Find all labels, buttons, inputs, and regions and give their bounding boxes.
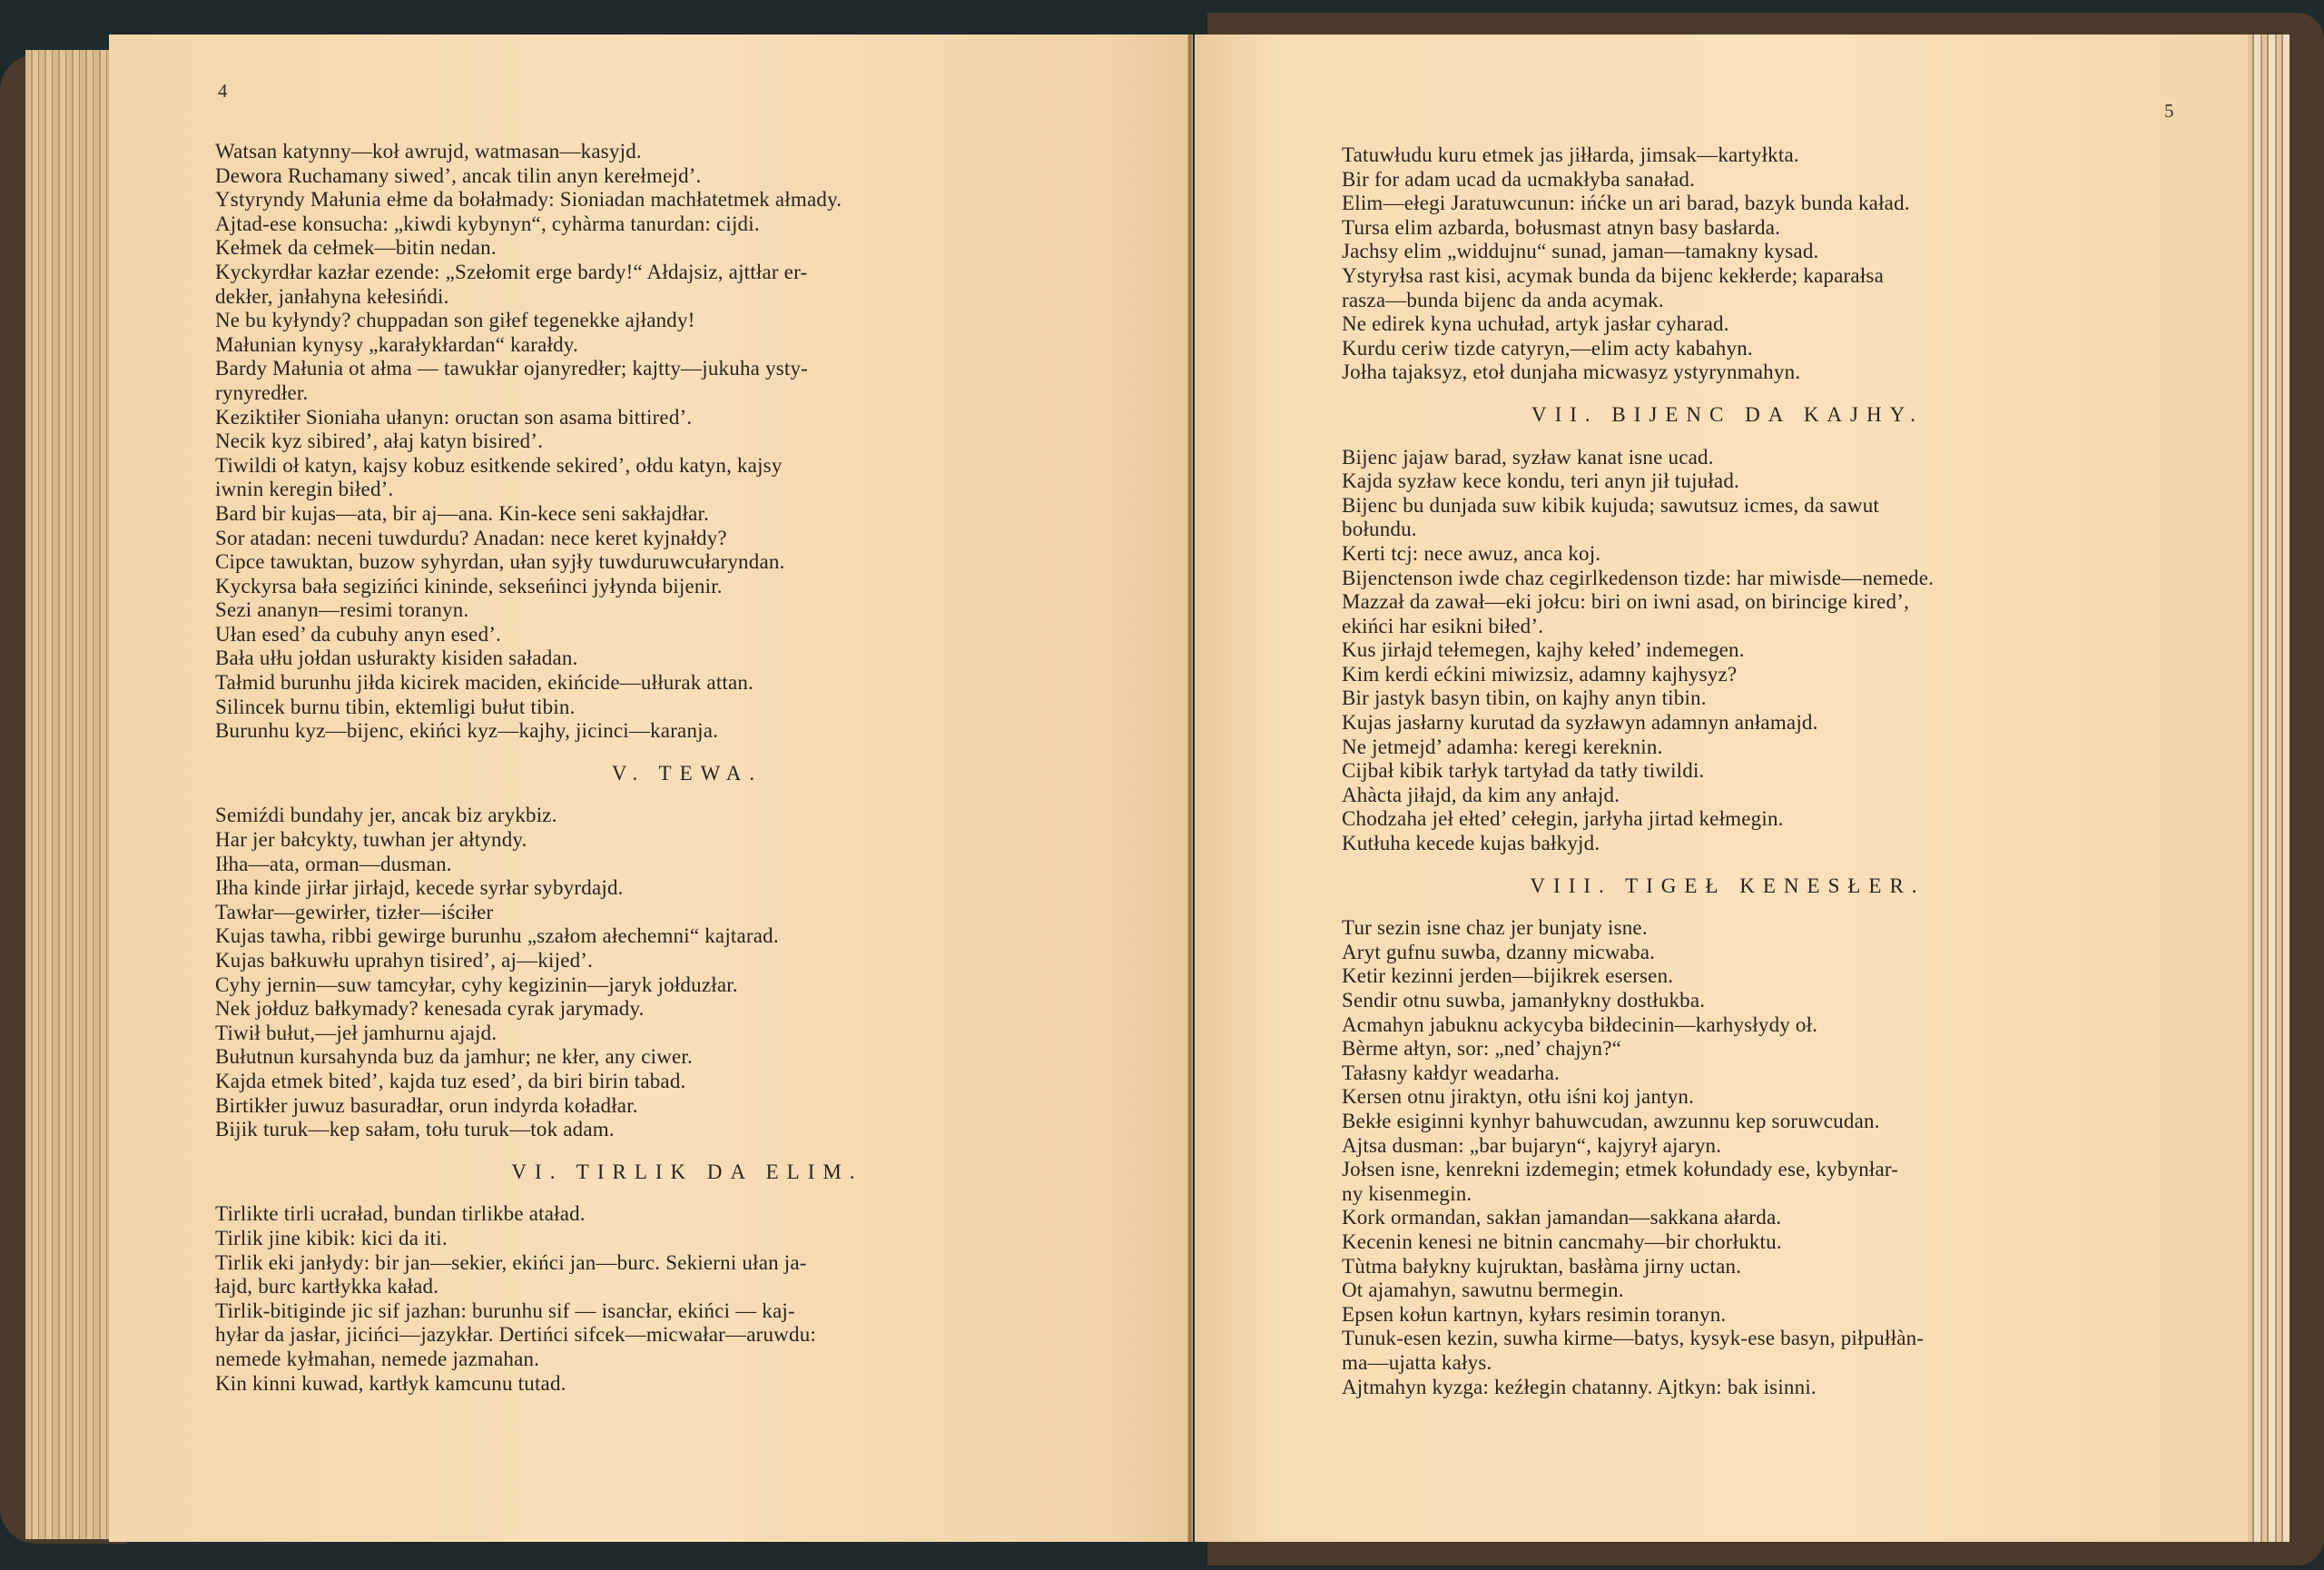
page-stack-left-edge (25, 50, 116, 1539)
text-line: Kajda etmek bited’, kajda tuz esed’, da … (215, 1070, 1159, 1094)
text-line: Ułan esed’ da cubuhy anyn esed’. (215, 623, 1159, 647)
text-line: Ystyryndy Małunia ełme da bołałmady: Sio… (215, 188, 1159, 212)
text-line: Semiźdi bundahy jer, ancak biz arykbiz. (215, 804, 1159, 828)
text-line: ekińci har esikni biłed’. (1342, 615, 2113, 639)
text-line: Kajda syzław kece kondu, teri anyn jił t… (1342, 469, 2113, 494)
text-line: Chodzaha jeł ełted’ cełegin, jarłyha jir… (1342, 807, 2113, 832)
text-line: Tirlikte tirli ucraład, bundan tirlikbe … (215, 1202, 1159, 1227)
text-line: Iłha—ata, orman—dusman. (215, 853, 1159, 877)
text-line: Burunhu kyz—bijenc, ekińci kyz—kajhy, ji… (215, 719, 1159, 744)
text-line: Bijenctenson iwde chaz cegirlkedenson ti… (1342, 567, 2113, 591)
text-line: iwnin keregin biłed’. (215, 478, 1159, 502)
text-line: bołundu. (1342, 518, 2113, 542)
text-line: Bijenc bu dunjada suw kibik kujuda; sawu… (1342, 494, 2113, 518)
text-line: Ajtmahyn kyzga: keźłegin chatanny. Ajtky… (1342, 1376, 2113, 1400)
text-line: Kersen otnu jiraktyn, otłu iśni koj jant… (1342, 1085, 2113, 1110)
text-line: Ahàcta jiłajd, da kim any anłajd. (1342, 784, 2113, 808)
text-line: Bekłe esiginni kynhyr bahuwcudan, awzunn… (1342, 1110, 2113, 1134)
text-line: Aryt gufnu suwba, dzanny micwaba. (1342, 941, 2113, 965)
text-line: nemede kyłmahan, nemede jazmahan. (215, 1348, 1159, 1372)
text-line: Tursa elim azbarda, bołusmast atnyn basy… (1342, 216, 2113, 241)
text-line: Bir jastyk basyn tibin, on kajhy anyn ti… (1342, 686, 2113, 711)
page-number-right: 5 (2164, 100, 2174, 123)
text-line: Jachsy elim „widdujnu“ sunad, jaman—tama… (1342, 240, 2113, 264)
text-line: Ne bu kyłyndy? chuppadan son giłef tegen… (215, 309, 1159, 333)
text-line: rynyredłer. (215, 381, 1159, 406)
section-heading: VII. BIJENC DA KAJHY. (1342, 403, 2113, 428)
text-line: Tur sezin isne chaz jer bunjaty isne. (1342, 916, 2113, 941)
text-line: Kełmek da cełmek—bitin nedan. (215, 236, 1159, 261)
text-line: Tùtma bałykny kujruktan, basłàma jirny u… (1342, 1255, 2113, 1279)
text-line: Tałasny kałdyr weadarha. (1342, 1061, 2113, 1086)
book-gutter (1187, 35, 1193, 1542)
text-line: ma—ujatta kałys. (1342, 1351, 2113, 1376)
text-line: Silincek burnu tibin, ektemligi bułut ti… (215, 696, 1159, 720)
text-line: Tatuwłudu kuru etmek jas jiłłarda, jimsa… (1342, 143, 2113, 168)
text-line: Ot ajamahyn, sawutnu bermegin. (1342, 1279, 2113, 1303)
text-line: Tirlik eki janłydy: bir jan—sekier, ekiń… (215, 1251, 1159, 1276)
text-line: dekłer, janłahyna kełesińdi. (215, 285, 1159, 310)
text-line: Watsan katynny—koł awrujd, watmasan—kasy… (215, 140, 1159, 164)
text-line: rasza—bunda bijenc da anda acymak. (1342, 289, 2113, 313)
text-line: Tiwildi oł katyn, kajsy kobuz esitkende … (215, 454, 1159, 479)
text-line: Elim—ełegi Jaratuwcunun: ińćke un ari ba… (1342, 192, 2113, 216)
text-line: Kus jirłajd tełemegen, kajhy kełed’ inde… (1342, 638, 2113, 663)
text-line: Iłha kinde jirłar jirłajd, kecede syrłar… (215, 876, 1159, 901)
text-line: Keziktiłer Sioniaha ułanyn: oructan son … (215, 406, 1159, 430)
text-line: Epsen kołun kartnyn, kyłars resimin tora… (1342, 1303, 2113, 1328)
text-line: Kerti tcj: nece awuz, anca koj. (1342, 542, 2113, 567)
text-line: Dewora Ruchamany siwed’, ancak tilin any… (215, 164, 1159, 189)
page-number-left: 4 (218, 80, 228, 103)
text-line: Kecenin kenesi ne bitnin cancmahy—bir ch… (1342, 1230, 2113, 1255)
right-page: 5 Tatuwłudu kuru etmek jas jiłłarda, jim… (1195, 35, 2248, 1542)
text-line: Sor atadan: neceni tuwdurdu? Anadan: nec… (215, 527, 1159, 551)
text-line: ny kisenmegin. (1342, 1182, 2113, 1207)
text-line: Ystyryłsa rast kisi, acymak bunda da bij… (1342, 264, 2113, 289)
text-line: Tawłar—gewirłer, tizłer—iściłer (215, 901, 1159, 925)
text-line: Ne jetmejd’ adamha: keregi kereknin. (1342, 736, 2113, 760)
text-line: łajd, burc kartłykka kaład. (215, 1275, 1159, 1299)
text-line: Kutłuha kecede kujas bałkyjd. (1342, 832, 2113, 856)
text-line: Sendir otnu suwba, jamanłykny dostłukba. (1342, 989, 2113, 1013)
text-line: Bała ułłu jołdan usłurakty kisiden sаład… (215, 647, 1159, 671)
text-line: Bijik turuk—kep sałam, tołu turuk—tok ad… (215, 1118, 1159, 1142)
text-line: Cijbał kibik tarłyk tartyład da tatły ti… (1342, 759, 2113, 784)
text-line: Małunian kynysy „karałykłardan“ karałdy. (215, 333, 1159, 358)
text-line: Kyckyrdłar kazłar ezende: „Szełomit erge… (215, 261, 1159, 285)
text-line: Bardy Małunia ot ałma — tawukłar ojanyre… (215, 357, 1159, 381)
text-line: Tunuk-esen kezin, suwha kirme—batys, kys… (1342, 1327, 2113, 1351)
text-line: Kujas jasłarny kurutad da syzławyn adamn… (1342, 711, 2113, 736)
text-line: Necik kyz sibired’, ałaj katyn bisired’. (215, 430, 1159, 454)
text-line: Ne edirek kyna uchuład, artyk jasłar cyh… (1342, 312, 2113, 337)
text-line: Har jer bałcykty, tuwhan jer ałtyndy. (215, 828, 1159, 853)
text-line: Jołsen isne, kenrekni izdemegin; etmek k… (1342, 1158, 2113, 1182)
text-line: Tirlik-bitiginde jic sif jazhan: burunhu… (215, 1299, 1159, 1324)
text-line: Ajtad-ese konsucha: „kiwdi kybynyn“, cyh… (215, 212, 1159, 237)
text-line: Kyckyrsa bała segizińci kininde, sekseńi… (215, 575, 1159, 599)
text-line: Kork ormandan, sakłan jamandan—sakkana a… (1342, 1206, 2113, 1230)
text-line: Birtikłer juwuz basuradłar, orun indyrda… (215, 1094, 1159, 1119)
text-line: Kurdu ceriw tizde catyryn,—elim acty kab… (1342, 337, 2113, 361)
text-line: Bułutnun kursahynda buz da jamhur; ne kł… (215, 1045, 1159, 1070)
text-line: Tałmid burunhu jiłda kicirek maciden, ek… (215, 671, 1159, 696)
text-line: Nek jołduz bałkymady? kenesada cyrak jar… (215, 997, 1159, 1022)
left-page-text: Watsan katynny—koł awrujd, watmasan—kasy… (215, 140, 1159, 1396)
text-line: Tiwił bułut,—jeł jamhurnu ajajd. (215, 1022, 1159, 1046)
text-line: Bijenc jajaw barad, syzław kanat isne uc… (1342, 446, 2113, 470)
text-line: Jołha tajaksyz, etoł dunjaha micwasyz ys… (1342, 360, 2113, 385)
text-line: Ketir kezinni jerden—bijikrek esersen. (1342, 964, 2113, 989)
text-line: Kujas bałkuwłu uprahyn tisired’, aj—kije… (215, 949, 1159, 973)
text-line: Ajtsa dusman: „bar bujaryn“, kajyrył aja… (1342, 1134, 2113, 1159)
text-line: Bard bir kujas—ata, bir aj—ana. Kin-kece… (215, 502, 1159, 527)
section-heading: VIII. TIGEŁ KENESŁER. (1342, 874, 2113, 899)
text-line: Kim kerdi ećkini miwizsiz, adamny kajhys… (1342, 663, 2113, 687)
section-heading: VI. TIRLIK DA ELIM. (215, 1160, 1159, 1185)
text-line: Cipce tawuktan, buzow syhyrdan, ułan syj… (215, 550, 1159, 575)
text-line: Bèrme ałtyn, sor: „ned’ chajyn?“ (1342, 1037, 2113, 1061)
text-line: Acmahyn jabuknu ackycyba biłdecinin—karh… (1342, 1013, 2113, 1038)
text-line: Kujas tawha, ribbi gewirge burunhu „szał… (215, 924, 1159, 949)
section-heading: V. TEWA. (215, 762, 1159, 786)
text-line: Bir for adam ucad da ucmakłyba sanaład. (1342, 168, 2113, 193)
text-line: hyłar da jasłar, jicińci—jazykłar. Derti… (215, 1323, 1159, 1348)
text-line: Mazzał da zawał—eki jołcu: biri on iwni … (1342, 590, 2113, 615)
left-page: 4 Watsan katynny—koł awrujd, watmasan—ka… (109, 35, 1191, 1542)
text-line: Kin kinni kuwad, kartłyk kamcunu tutad. (215, 1372, 1159, 1397)
text-line: Tirlik jine kibik: kici da iti. (215, 1227, 1159, 1251)
right-page-text: Tatuwłudu kuru etmek jas jiłłarda, jimsa… (1342, 143, 2113, 1399)
text-line: Sezi ananyn—resimi toranyn. (215, 598, 1159, 623)
text-line: Cyhy jernin—suw tamcyłar, cyhy kegizinin… (215, 973, 1159, 998)
